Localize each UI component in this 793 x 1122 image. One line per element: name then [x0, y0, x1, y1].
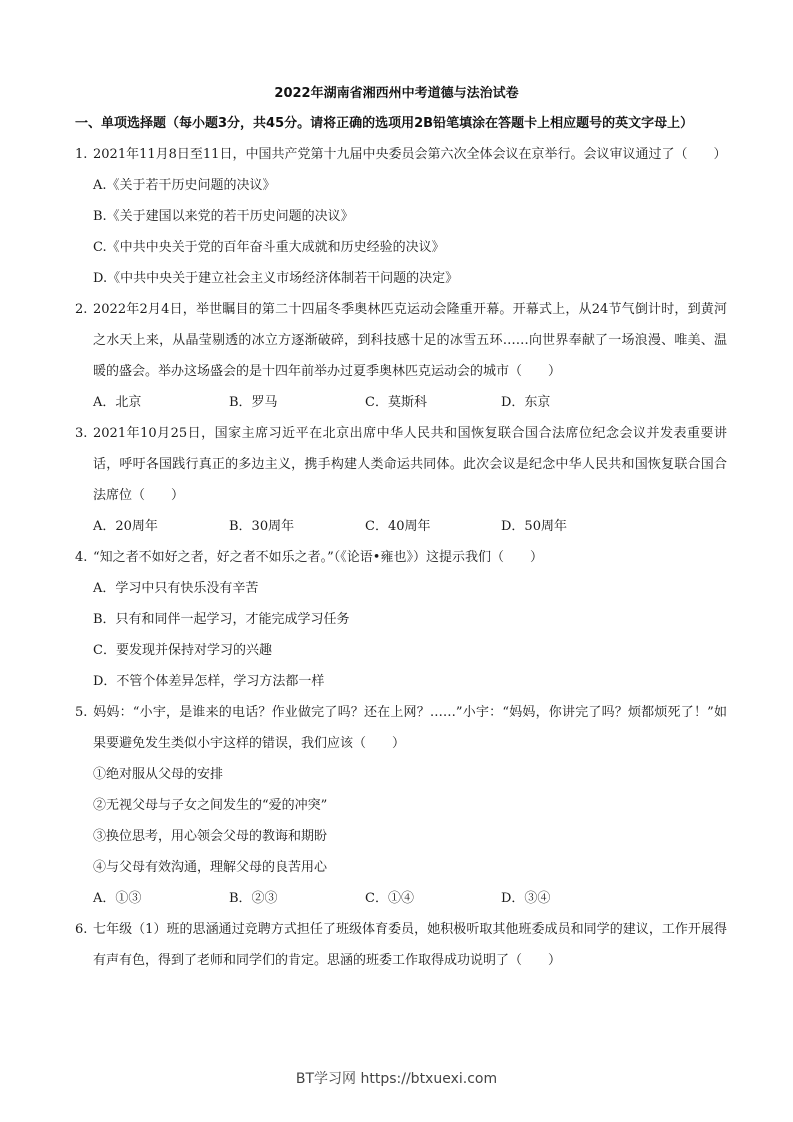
question-2: 2.2022年2月4日，举世瞩目的第二十四届冬季奥林匹克运动会隆重开幕。开幕式上…: [75, 294, 727, 418]
question-number: 2.: [75, 294, 93, 325]
exam-page: 2022年湖南省湘西州中考道德与法治试卷 一、单项选择题（每小题3分，共45分。…: [0, 0, 793, 1122]
option-c: C．莫斯科: [365, 387, 501, 418]
options-row: A．北京 B．罗马 C．莫斯科 D．东京: [75, 387, 727, 418]
question-number: 6.: [75, 914, 93, 945]
options-row: A．20周年 B．30周年 C．40周年 D．50周年: [75, 511, 727, 542]
question-stem: 3.2021年10月25日，国家主席习近平在北京出席中华人民共和国恢复联合国合法…: [75, 418, 727, 511]
question-text: 2022年2月4日，举世瞩目的第二十四届冬季奥林匹克运动会隆重开幕。开幕式上，从…: [93, 302, 727, 379]
option-a: A.《关于若干历史问题的决议》: [75, 170, 727, 201]
statement-1: ①绝对服从父母的安排: [75, 759, 727, 790]
question-3: 3.2021年10月25日，国家主席习近平在北京出席中华人民共和国恢复联合国合法…: [75, 418, 727, 542]
option-b: B．②③: [229, 883, 365, 914]
question-text: 妈妈：“小宇，是谁来的电话？作业做完了吗？还在上网？……”小宇：“妈妈，你讲完了…: [93, 705, 727, 751]
section-header-single-choice: 一、单项选择题（每小题3分，共45分。请将正确的选项用2B铅笔填涂在答题卡上相应…: [75, 108, 727, 139]
question-number: 3.: [75, 418, 93, 449]
option-d: D．50周年: [501, 511, 637, 542]
question-number: 4.: [75, 542, 93, 573]
option-c: C．40周年: [365, 511, 501, 542]
question-text: 2021年11月8日至11日，中国共产党第十九届中央委员会第六次全体会议在京举行…: [93, 147, 726, 162]
site-watermark: BT学习网 https://btxuexi.com: [0, 1068, 793, 1088]
option-b: B．30周年: [229, 511, 365, 542]
question-4: 4.“知之者不如好之者，好之者不如乐之者。”（《论语•雍也》）这提示我们（ ） …: [75, 542, 727, 697]
option-d: D．不管个体差异怎样，学习方法都一样: [75, 666, 727, 697]
option-d: D．东京: [501, 387, 637, 418]
option-c: C．要发现并保持对学习的兴趣: [75, 635, 727, 666]
option-a: A．①③: [93, 883, 229, 914]
option-d: D．③④: [501, 883, 637, 914]
option-c: C．①④: [365, 883, 501, 914]
question-text: 七年级（1）班的思涵通过竞聘方式担任了班级体育委员，她积极听取其他班委成员和同学…: [93, 922, 727, 968]
question-number: 5.: [75, 697, 93, 728]
option-b: B．只有和同伴一起学习，才能完成学习任务: [75, 604, 727, 635]
option-b: B.《关于建国以来党的若干历史问题的决议》: [75, 201, 727, 232]
question-6: 6.七年级（1）班的思涵通过竞聘方式担任了班级体育委员，她积极听取其他班委成员和…: [75, 914, 727, 976]
statement-3: ③换位思考，用心领会父母的教诲和期盼: [75, 821, 727, 852]
question-stem: 5.妈妈：“小宇，是谁来的电话？作业做完了吗？还在上网？……”小宇：“妈妈，你讲…: [75, 697, 727, 759]
question-stem: 1.2021年11月8日至11日，中国共产党第十九届中央委员会第六次全体会议在京…: [75, 139, 727, 170]
statement-2: ②无视父母与子女之间发生的“爱的冲突”: [75, 790, 727, 821]
question-stem: 2.2022年2月4日，举世瞩目的第二十四届冬季奥林匹克运动会隆重开幕。开幕式上…: [75, 294, 727, 387]
question-number: 1.: [75, 139, 93, 170]
option-d: D.《中共中央关于建立社会主义市场经济体制若干问题的决定》: [75, 263, 727, 294]
question-stem: 6.七年级（1）班的思涵通过竞聘方式担任了班级体育委员，她积极听取其他班委成员和…: [75, 914, 727, 976]
question-text: “知之者不如好之者，好之者不如乐之者。”（《论语•雍也》）这提示我们（ ）: [93, 550, 543, 565]
option-b: B．罗马: [229, 387, 365, 418]
option-a: A．20周年: [93, 511, 229, 542]
exam-content: 一、单项选择题（每小题3分，共45分。请将正确的选项用2B铅笔填涂在答题卡上相应…: [75, 108, 727, 976]
question-stem: 4.“知之者不如好之者，好之者不如乐之者。”（《论语•雍也》）这提示我们（ ）: [75, 542, 727, 573]
option-a: A．北京: [93, 387, 229, 418]
options-row: A．①③ B．②③ C．①④ D．③④: [75, 883, 727, 914]
question-text: 2021年10月25日，国家主席习近平在北京出席中华人民共和国恢复联合国合法席位…: [93, 426, 727, 503]
question-1: 1.2021年11月8日至11日，中国共产党第十九届中央委员会第六次全体会议在京…: [75, 139, 727, 294]
option-c: C.《中共中央关于党的百年奋斗重大成就和历史经验的决议》: [75, 232, 727, 263]
statement-4: ④与父母有效沟通，理解父母的良苦用心: [75, 852, 727, 883]
option-a: A．学习中只有快乐没有辛苦: [75, 573, 727, 604]
exam-title: 2022年湖南省湘西州中考道德与法治试卷: [0, 82, 793, 101]
question-5: 5.妈妈：“小宇，是谁来的电话？作业做完了吗？还在上网？……”小宇：“妈妈，你讲…: [75, 697, 727, 914]
